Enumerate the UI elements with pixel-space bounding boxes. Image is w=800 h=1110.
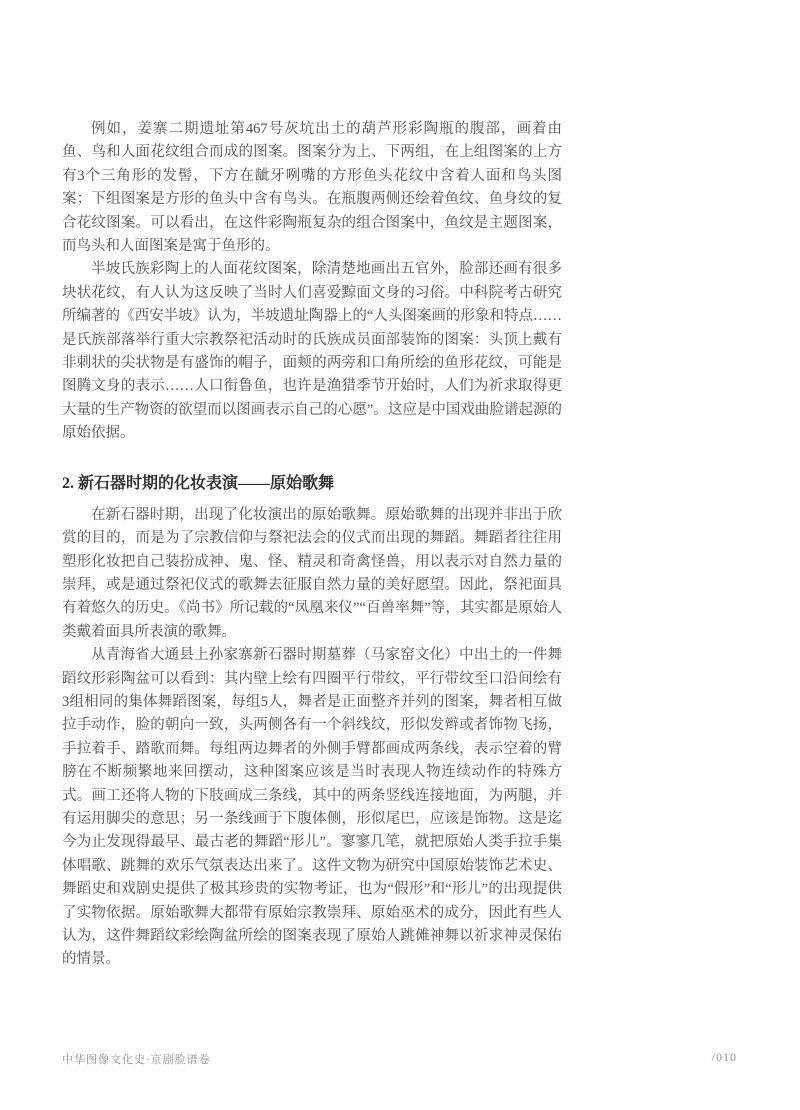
footer-page-number: /010	[712, 1050, 737, 1065]
body-paragraph-1: 例如，姜寨二期遗址第467号灰坑出土的葫芦形彩陶瓶的腹部，画着由鱼、鸟和人面花纹…	[62, 118, 562, 258]
footer-book-title: 中华图像文化史·京剧脸谱卷	[62, 1051, 211, 1067]
book-page: 例如，姜寨二期遗址第467号灰坑出土的葫芦形彩陶瓶的腹部，画着由鱼、鸟和人面花纹…	[0, 0, 800, 1110]
text-column: 例如，姜寨二期遗址第467号灰坑出土的葫芦形彩陶瓶的腹部，画着由鱼、鸟和人面花纹…	[62, 118, 562, 972]
body-paragraph-3: 在新石器时期，出现了化妆演出的原始歌舞。原始歌舞的出现并非出于欣赏的目的，而是为…	[62, 504, 562, 644]
section-heading: 2. 新石器时期的化妆表演——原始歌舞	[62, 472, 562, 496]
body-paragraph-2: 半坡氏族彩陶上的人面花纹图案，除清楚地画出五官外，脸部还画有很多块状花纹，有人认…	[62, 258, 562, 445]
body-paragraph-4: 从青海省大通县上孙家寨新石器时期墓葬（马家窑文化）中出土的一件舞蹈纹形彩陶盆可以…	[62, 644, 562, 972]
